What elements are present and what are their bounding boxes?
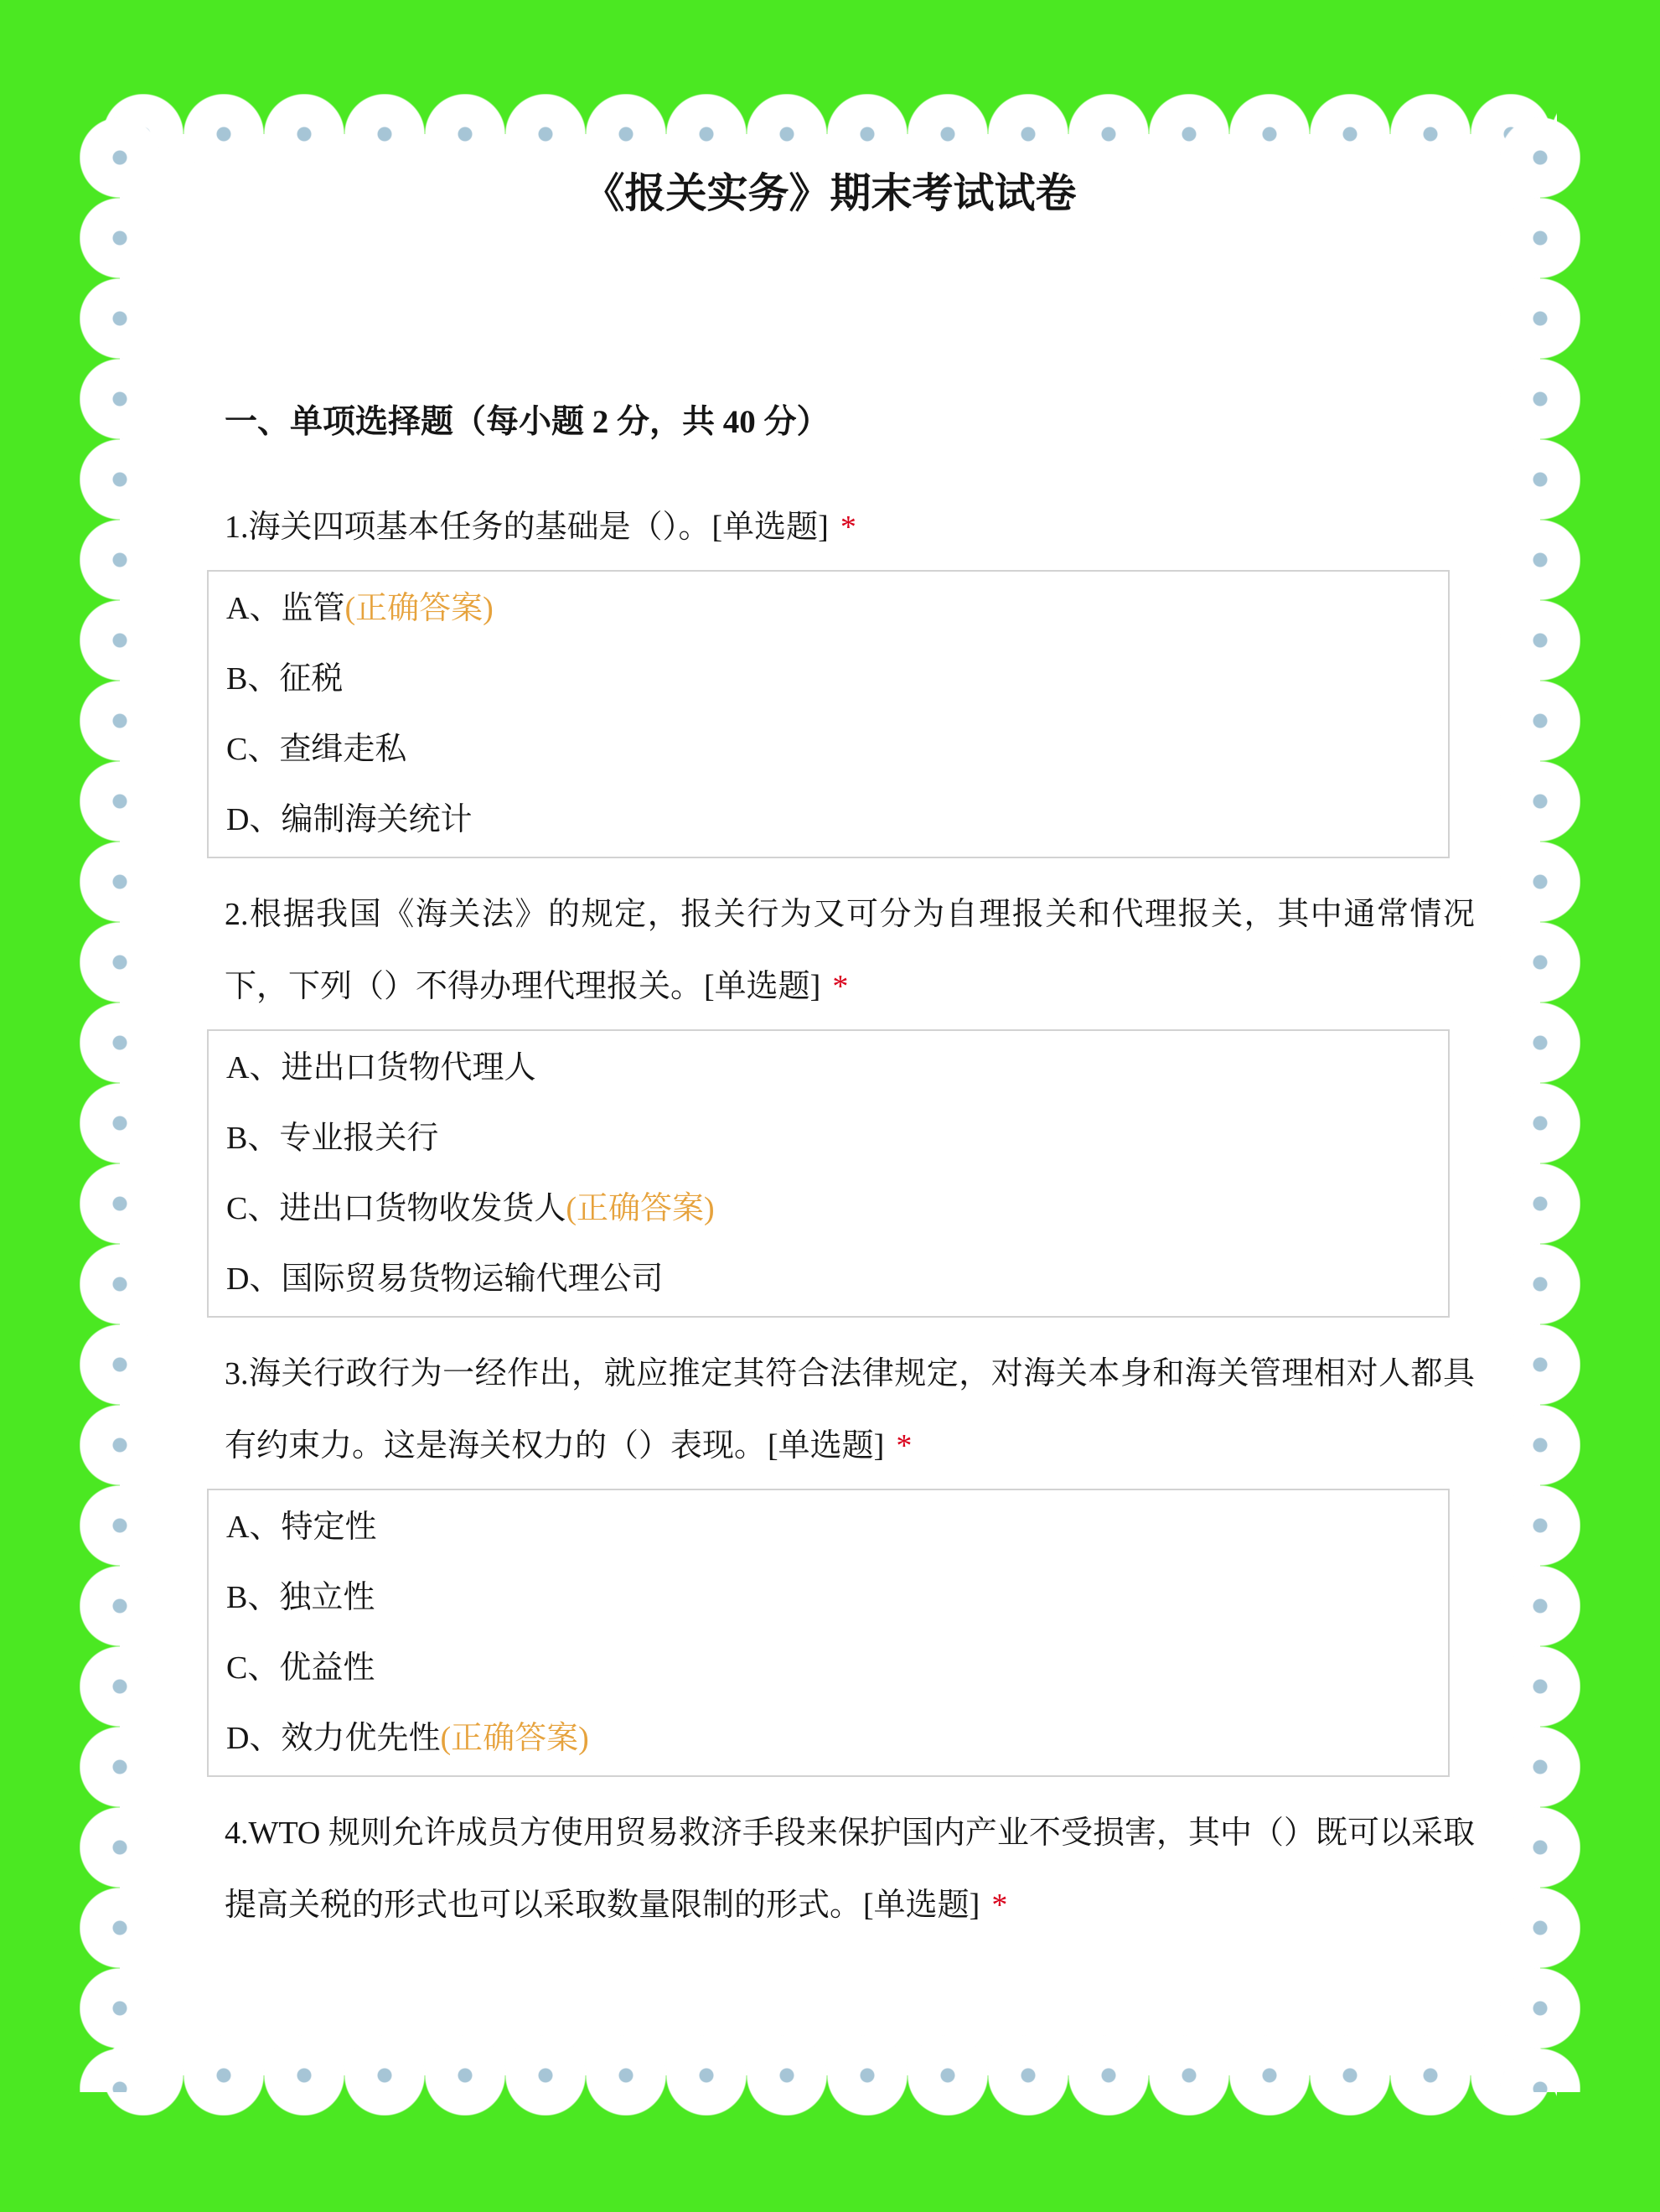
exam-title: 《报关实务》期末考试试卷 [196, 134, 1464, 219]
question-3-text: 3.海关行政行为一经作出，就应推定其符合法律规定，对海关本身和海关管理相对人都具… [207, 1338, 1475, 1482]
question-3-type-tag: [单选题] [768, 1428, 884, 1463]
question-4-text: 4.WTO 规则允许成员方使用贸易救济手段来保护国内产业不受损害，其中（）既可以… [207, 1797, 1475, 1941]
option-label: B、征税 [226, 661, 343, 697]
option-label: D、效力优先性 [226, 1721, 440, 1756]
question-4-type-tag: [单选题] [863, 1888, 980, 1923]
option-label: A、特定性 [226, 1510, 376, 1545]
exam-content: 《报关实务》期末考试试卷 一、单项选择题（每小题 2 分，共 40 分） 1.海… [207, 134, 1475, 1941]
option-label: A、监管 [226, 591, 344, 626]
question-2-type-tag: [单选题] [704, 969, 820, 1004]
question-1-text: 1.海关四项基本任务的基础是（）。[单选题]* [207, 491, 1475, 563]
option-label: D、编制海关统计 [226, 802, 472, 837]
question-3-option-a: A、特定性 [226, 1492, 1431, 1562]
question-2-body: 2.根据我国《海关法》的规定，报关行为又可分为自理报关和代理报关，其中通常情况下… [225, 897, 1475, 1004]
option-label: B、专业报关行 [226, 1121, 438, 1156]
question-3-options-box: A、特定性 B、独立性 C、优益性 D、效力优先性(正确答案) [207, 1489, 1450, 1777]
question-2-option-d: D、国际贸易货物运输代理公司 [226, 1244, 1431, 1314]
question-2-option-a: A、进出口货物代理人 [226, 1033, 1431, 1103]
question-2-option-c: C、进出口货物收发货人(正确答案) [226, 1173, 1431, 1244]
option-label: C、查缉走私 [226, 732, 406, 767]
question-3-option-d: D、效力优先性(正确答案) [226, 1703, 1431, 1774]
correct-answer-tag: (正确答案) [566, 1191, 714, 1226]
scalloped-border-bottom [103, 2035, 1557, 2116]
option-label: C、进出口货物收发货人 [226, 1191, 566, 1226]
question-1-option-b: B、征税 [226, 644, 1431, 714]
question-4-body: 4.WTO 规则允许成员方使用贸易救济手段来保护国内产业不受损害，其中（）既可以… [225, 1816, 1475, 1923]
question-1-option-c: C、查缉走私 [226, 714, 1431, 785]
question-3: 3.海关行政行为一经作出，就应推定其符合法律规定，对海关本身和海关管理相对人都具… [207, 1338, 1475, 1777]
correct-answer-tag: (正确答案) [440, 1721, 588, 1756]
question-1-type-tag: [单选题] [712, 510, 829, 545]
question-4: 4.WTO 规则允许成员方使用贸易救济手段来保护国内产业不受损害，其中（）既可以… [207, 1797, 1475, 1941]
question-1: 1.海关四项基本任务的基础是（）。[单选题]* A、监管(正确答案) B、征税 … [207, 491, 1475, 858]
question-4-required-asterisk: * [991, 1888, 1007, 1923]
question-2: 2.根据我国《海关法》的规定，报关行为又可分为自理报关和代理报关，其中通常情况下… [207, 878, 1475, 1318]
section-heading: 一、单项选择题（每小题 2 分，共 40 分） [225, 403, 1475, 443]
question-3-required-asterisk: * [896, 1428, 912, 1463]
question-3-option-b: B、独立性 [226, 1562, 1431, 1633]
question-1-option-a: A、监管(正确答案) [226, 573, 1431, 644]
option-label: D、国际贸易货物运输代理公司 [226, 1261, 663, 1297]
option-label: A、进出口货物代理人 [226, 1050, 535, 1085]
question-1-required-asterisk: * [840, 510, 856, 545]
question-3-option-c: C、优益性 [226, 1633, 1431, 1703]
correct-answer-tag: (正确答案) [344, 591, 493, 626]
question-2-option-b: B、专业报关行 [226, 1103, 1431, 1173]
question-2-text: 2.根据我国《海关法》的规定，报关行为又可分为自理报关和代理报关，其中通常情况下… [207, 878, 1475, 1023]
question-2-options-box: A、进出口货物代理人 B、专业报关行 C、进出口货物收发货人(正确答案) D、国… [207, 1029, 1450, 1318]
scalloped-border-left [80, 117, 160, 2092]
question-1-options-box: A、监管(正确答案) B、征税 C、查缉走私 D、编制海关统计 [207, 570, 1450, 858]
question-2-required-asterisk: * [832, 969, 848, 1004]
question-1-option-d: D、编制海关统计 [226, 785, 1431, 855]
question-1-body: 1.海关四项基本任务的基础是（）。 [225, 510, 711, 545]
option-label: C、优益性 [226, 1650, 375, 1686]
option-label: B、独立性 [226, 1580, 375, 1615]
scalloped-border-right [1500, 117, 1580, 2092]
